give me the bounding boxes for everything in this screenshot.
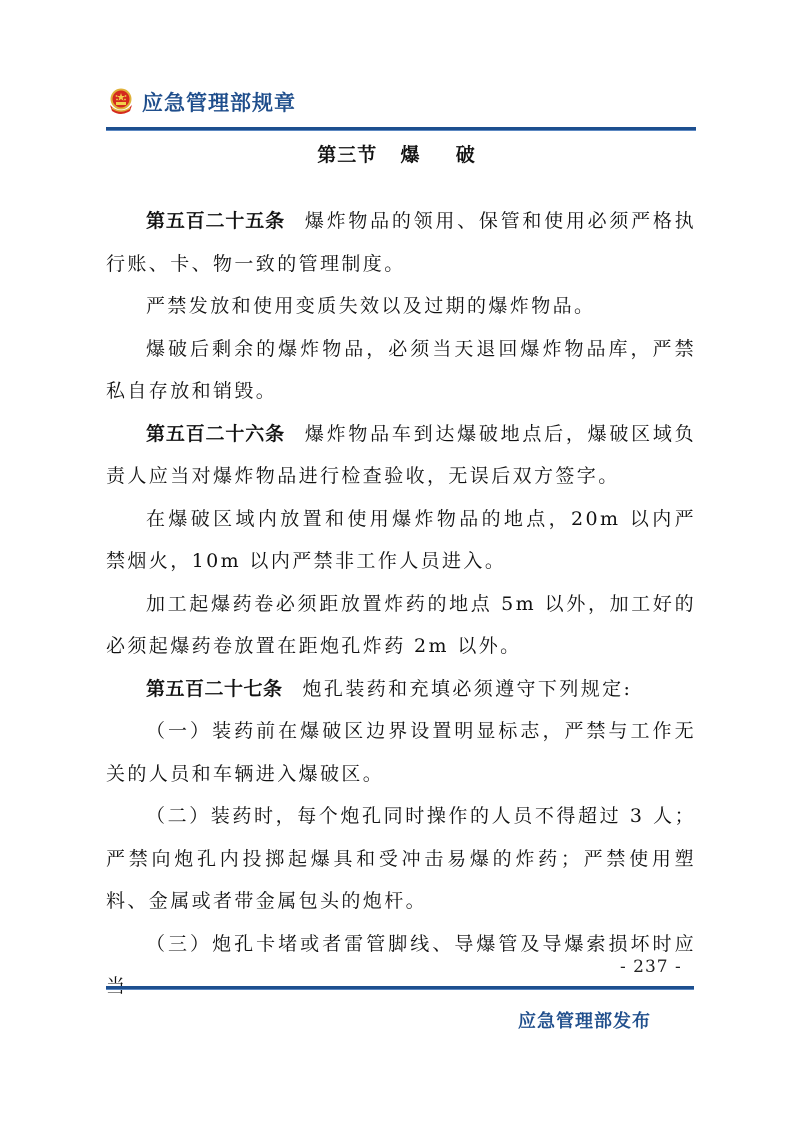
paragraph-text: 加工起爆药卷必须距放置炸药的地点 5m 以外，加工好的必须起爆药卷放置在距炮孔炸… (106, 593, 696, 658)
header-divider (106, 127, 696, 131)
section-title-part1: 爆 (400, 144, 420, 166)
section-title: 第三节 爆 破 (0, 140, 793, 167)
paragraph-text: 炮孔装药和充填必须遵守下列规定: (303, 678, 633, 700)
article-label: 第五百二十七条 (146, 678, 283, 700)
article-525-para-3: 爆破后剩余的爆炸物品，必须当天退回爆炸物品库，严禁私自存放和销毁。 (106, 328, 696, 413)
article-527-item-2: （二）装药时，每个炮孔同时操作的人员不得超过 3 人；严禁向炮孔内投掷起爆具和受… (106, 795, 696, 923)
article-label: 第五百二十六条 (146, 423, 285, 445)
article-526-para-3: 加工起爆药卷必须距放置炸药的地点 5m 以外，加工好的必须起爆药卷放置在距炮孔炸… (106, 583, 696, 668)
page-number: - 237 - (620, 957, 682, 977)
section-label: 第三节 (317, 144, 377, 166)
article-527-item-1: （一）装药前在爆破区边界设置明显标志，严禁与工作无关的人员和车辆进入爆破区。 (106, 710, 696, 795)
paragraph-text: （二）装药时，每个炮孔同时操作的人员不得超过 3 人；严禁向炮孔内投掷起爆具和受… (106, 805, 696, 912)
national-emblem-icon (106, 87, 136, 117)
article-526-para-1: 第五百二十六条爆炸物品车到达爆破地点后，爆破区域负责人应当对爆炸物品进行检查验收… (106, 413, 696, 498)
article-label: 第五百二十五条 (146, 210, 285, 232)
article-525-para-2: 严禁发放和使用变质失效以及过期的爆炸物品。 (106, 285, 696, 328)
paragraph-text: （一）装药前在爆破区边界设置明显标志，严禁与工作无关的人员和车辆进入爆破区。 (106, 720, 696, 785)
footer-divider (106, 986, 694, 990)
paragraph-text: 爆破后剩余的爆炸物品，必须当天退回爆炸物品库，严禁私自存放和销毁。 (106, 338, 696, 403)
header-title: 应急管理部规章 (142, 87, 296, 117)
footer-publisher: 应急管理部发布 (518, 1007, 651, 1033)
article-526-para-2: 在爆破区域内放置和使用爆炸物品的地点，20m 以内严禁烟火，10m 以内严禁非工… (106, 498, 696, 583)
paragraph-text: 在爆破区域内放置和使用爆炸物品的地点，20m 以内严禁烟火，10m 以内严禁非工… (106, 508, 696, 573)
article-527-item-3: （三）炮孔卡堵或者雷管脚线、导爆管及导爆索损坏时应当 (106, 923, 696, 1008)
article-525-para-1: 第五百二十五条爆炸物品的领用、保管和使用必须严格执行账、卡、物一致的管理制度。 (106, 200, 696, 285)
document-header: 应急管理部规章 (106, 82, 296, 122)
paragraph-text: 严禁发放和使用变质失效以及过期的爆炸物品。 (146, 295, 595, 317)
document-body: 第五百二十五条爆炸物品的领用、保管和使用必须严格执行账、卡、物一致的管理制度。 … (106, 200, 696, 1008)
article-527-para-1: 第五百二十七条炮孔装药和充填必须遵守下列规定: (106, 668, 696, 711)
section-title-part2: 破 (456, 144, 476, 166)
